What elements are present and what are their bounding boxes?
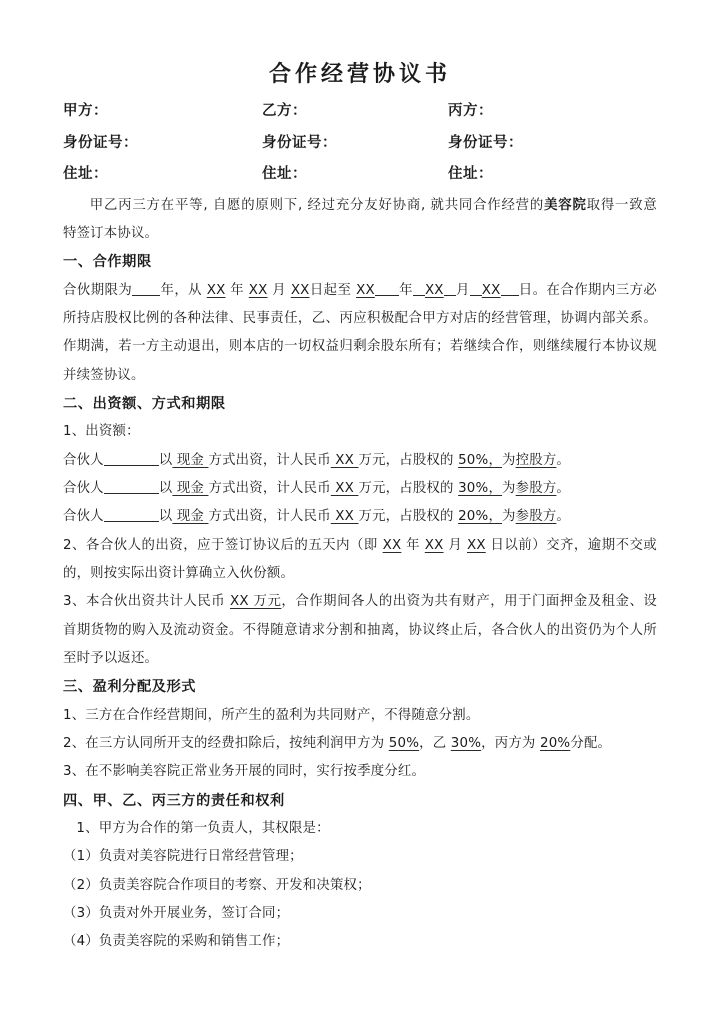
text-run: 合伙期限为 [63, 283, 132, 298]
text-run: 并续签协议。 [63, 368, 145, 383]
text-run: 方式出资，计人民币 [208, 453, 330, 468]
underlined-field: 现金 [172, 453, 208, 468]
text-run: 1、三方在合作经营期间，所产生的盈利为共同财产，不得随意分割。 [63, 708, 479, 723]
text-run: 月 [268, 283, 291, 298]
document-line: 2、各合伙人的出资，应于签订协议后的五天内（即 XX 年 XX 月 XX 日以前… [63, 532, 657, 560]
text-run: 2、各合伙人的出资，应于签订协议后的五天内（即 [63, 538, 383, 553]
text-run: 所持店股权比例的各种法律、民事责任，乙、丙应积极配合甲方对店的经营管理，协调内部… [63, 311, 657, 333]
fill-in-blank [375, 282, 399, 296]
fill-in-blank [104, 452, 159, 466]
text-run: （3）负责对外开展业务，签订合同； [63, 906, 289, 921]
party-b-address-label: 住址： [262, 159, 448, 191]
document-line: （3）负责对外开展业务，签订合同； [63, 900, 657, 928]
text-run: ，乙 [419, 736, 451, 751]
fill-in-blank [104, 508, 159, 522]
text-run: ，丙方为 [481, 736, 540, 751]
underlined-field: XX [207, 283, 226, 298]
document-line: 1、出资额： [63, 418, 657, 446]
fill-in-blank [132, 282, 160, 296]
party-c-id-number-label: 身份证号： [448, 128, 657, 160]
document-line: 的，则按实际出资计算确立入伙份额。 [63, 560, 657, 588]
underlined-field: XX [331, 453, 359, 468]
text-run: 为 [502, 509, 516, 524]
underlined-field: 20% [540, 736, 570, 751]
underlined-field: 30% [451, 736, 481, 751]
text-run: 月 [444, 538, 467, 553]
document-line: （1）负责对美容院进行日常经营管理； [63, 843, 657, 871]
underlined-field: 控股方 [516, 453, 557, 468]
text-run: 特签订本协议。 [63, 226, 158, 241]
section-heading: 一、合作期限 [63, 248, 657, 276]
underlined-field: XX [291, 283, 310, 298]
fill-in-blank [470, 282, 482, 296]
text-run: 年 [399, 283, 413, 298]
text-run: 至时予以返还。 [63, 651, 158, 666]
document-line: 合伙人以 现金 方式出资，计人民币 XX 万元，占股权的 20%，为参股方。 [63, 503, 657, 531]
document-line: 1、三方在合作经营期间，所产生的盈利为共同财产，不得随意分割。 [63, 702, 657, 730]
underlined-field: XX [425, 283, 444, 298]
text-run: 四、甲、乙、丙三方的责任和权利 [63, 793, 285, 809]
underlined-field: 参股方 [516, 509, 557, 524]
party-c-party-name-label: 丙方： [448, 96, 657, 128]
document-page: 合作经营协议书 甲方：乙方：丙方：身份证号：身份证号：身份证号：住址：住址：住址… [0, 0, 720, 1017]
underlined-field: XX 万元 [230, 594, 281, 609]
document-line: 特签订本协议。 [63, 220, 657, 248]
document-line: 3、在不影响美容院正常业务开展的同时，实行按季度分红。 [63, 758, 657, 786]
underlined-field: XX [249, 283, 268, 298]
document-line: 合伙期限为年，从 XX 年 XX 月 XX日起至 XX年XX月XX日。在合作期内… [63, 277, 657, 305]
text-run: 万元，占股权的 [358, 481, 458, 496]
text-run: 的，则按实际出资计算确立入伙份额。 [63, 566, 294, 581]
document-body: 甲乙丙三方在平等, 自愿的原则下, 经过充分友好协商, 就共同合作经营的美容院取… [63, 192, 657, 957]
text-run: 以 [159, 453, 173, 468]
text-run: 1、出资额： [63, 424, 140, 439]
text-run: （2）负责美容院合作项目的考察、开发和决策权； [63, 878, 371, 893]
text-run: 万元，占股权的 [358, 453, 458, 468]
section-heading: 二、出资额、方式和期限 [63, 390, 657, 418]
underlined-field: 30%， [458, 481, 502, 496]
fill-in-blank [413, 282, 425, 296]
document-line: 甲乙丙三方在平等, 自愿的原则下, 经过充分友好协商, 就共同合作经营的美容院取… [63, 192, 657, 220]
party-b-party-name-label: 乙方： [262, 96, 448, 128]
party-a-party-name-label: 甲方： [63, 96, 262, 128]
party-a-id-number-label: 身份证号： [63, 128, 262, 160]
underlined-field: XX [356, 283, 375, 298]
text-run: 万元，占股权的 [358, 509, 458, 524]
document-line: 并续签协议。 [63, 362, 657, 390]
text-run: 日起至 [310, 283, 357, 298]
text-run: 以 [159, 481, 173, 496]
document-line: （4）负责美容院的采购和销售工作； [63, 928, 657, 956]
text-run: 合伙人 [63, 453, 104, 468]
text-run: 甲乙丙三方在平等, 自愿的原则下, 经过充分友好协商, 就共同合作经营的 [90, 198, 544, 213]
text-run: 二、出资额、方式和期限 [63, 396, 226, 412]
document-line: 至时予以返还。 [63, 645, 657, 673]
document-line: 1、甲方为合作的第一负责人，其权限是： [63, 815, 657, 843]
fill-in-blank [104, 480, 159, 494]
underlined-field: 现金 [172, 509, 208, 524]
text-run: 分配。 [570, 736, 611, 751]
text-run: 合伙人 [63, 509, 104, 524]
text-run: 1、甲方为合作的第一负责人，其权限是： [76, 821, 329, 836]
document-line: 3、本合伙出资共计人民币 XX 万元，合作期间各人的出资为共有财产，用于门面押金… [63, 588, 657, 616]
text-run: 方式出资，计人民币 [208, 509, 330, 524]
document-line: 首期货物的购入及流动资金。不得随意请求分割和抽离，协议终止后，各合伙人的出资仍为… [63, 617, 657, 645]
document-line: 作期满，若一方主动退出，则本店的一切权益归剩余股东所有；若继续合作，则继续履行本… [63, 333, 657, 361]
underlined-field: 50%， [458, 453, 502, 468]
underlined-field: XX [467, 538, 486, 553]
underlined-field: XX [331, 481, 359, 496]
text-run: 年 [401, 538, 424, 553]
section-heading: 四、甲、乙、丙三方的责任和权利 [63, 787, 657, 815]
text-run: 。 [556, 481, 570, 496]
text-run: 3、本合伙出资共计人民币 [63, 594, 230, 609]
text-run: 美容院 [544, 198, 587, 213]
text-run: 首期货物的购入及流动资金。不得随意请求分割和抽离，协议终止后，各合伙人的出资仍为… [63, 623, 657, 645]
underlined-field: XX [425, 538, 444, 553]
fill-in-blank [501, 282, 519, 296]
document-line: 所持店股权比例的各种法律、民事责任，乙、丙应积极配合甲方对店的经营管理，协调内部… [63, 305, 657, 333]
document-line: 合伙人以 现金 方式出资，计人民币 XX 万元，占股权的 30%，为参股方。 [63, 475, 657, 503]
text-run: 。 [556, 453, 570, 468]
document-line: 2、在三方认同所开支的经费扣除后，按纯利润甲方为 50%，乙 30%，丙方为 2… [63, 730, 657, 758]
text-run: 。 [556, 509, 570, 524]
underlined-field: 现金 [172, 481, 208, 496]
text-run: 年，从 [160, 283, 207, 298]
text-run: 合伙人 [63, 481, 104, 496]
text-run: 一、合作期限 [63, 254, 152, 270]
underlined-field: 20%， [458, 509, 502, 524]
underlined-field: XX [331, 509, 359, 524]
text-run: 三、盈利分配及形式 [63, 679, 196, 695]
text-run: 方式出资，计人民币 [208, 481, 330, 496]
text-run: 年 [226, 283, 249, 298]
underlined-field: 50% [389, 736, 419, 751]
text-run: 2、在三方认同所开支的经费扣除后，按纯利润甲方为 [63, 736, 389, 751]
underlined-field: XX [383, 538, 402, 553]
text-run: 月 [456, 283, 470, 298]
text-run: 为 [502, 453, 516, 468]
underlined-field: 参股方 [516, 481, 557, 496]
text-run: 3、在不影响美容院正常业务开展的同时，实行按季度分红。 [63, 764, 425, 779]
document-title: 合作经营协议书 [63, 62, 657, 88]
underlined-field: XX [482, 283, 501, 298]
document-line: 合伙人以 现金 方式出资，计人民币 XX 万元，占股权的 50%，为控股方。 [63, 447, 657, 475]
party-b-id-number-label: 身份证号： [262, 128, 448, 160]
text-run: （4）负责美容院的采购和销售工作； [63, 934, 289, 949]
document-line: （2）负责美容院合作项目的考察、开发和决策权； [63, 872, 657, 900]
parties-header: 甲方：乙方：丙方：身份证号：身份证号：身份证号：住址：住址：住址： [63, 96, 657, 191]
text-run: 作期满，若一方主动退出，则本店的一切权益归剩余股东所有；若继续合作，则继续履行本… [63, 339, 657, 361]
section-heading: 三、盈利分配及形式 [63, 673, 657, 701]
fill-in-blank [444, 282, 456, 296]
text-run: 以 [159, 509, 173, 524]
party-a-address-label: 住址： [63, 159, 262, 191]
text-run: 为 [502, 481, 516, 496]
party-c-address-label: 住址： [448, 159, 657, 191]
text-run: （1）负责对美容院进行日常经营管理； [63, 849, 303, 864]
